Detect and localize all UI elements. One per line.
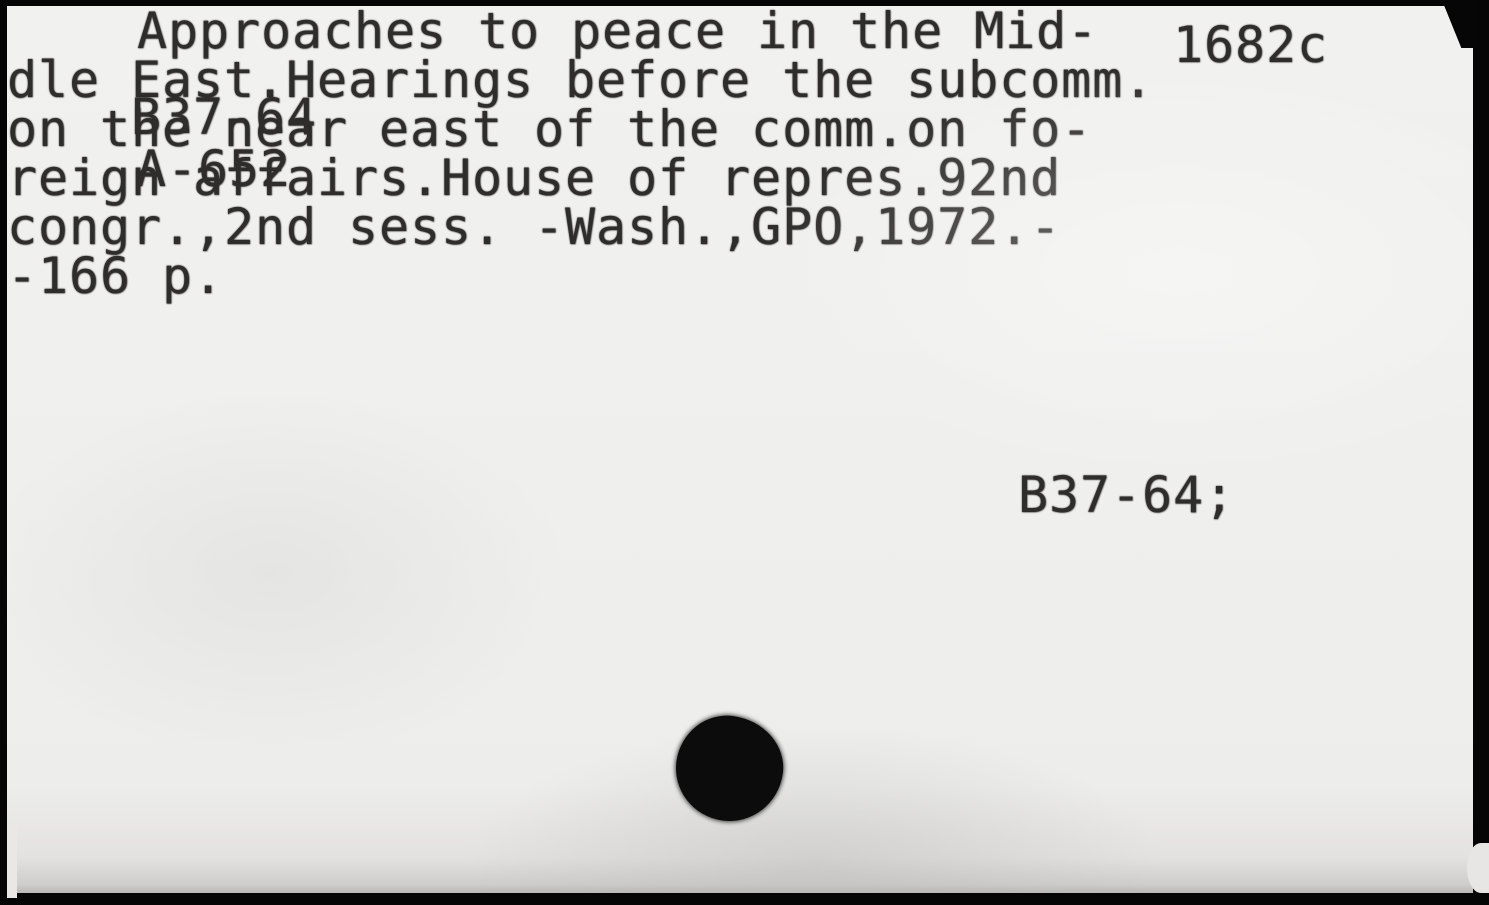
entry-line: congr.,2nd sess. -Wash.,GPO,1972.- xyxy=(7,202,1473,251)
entry-line: -166 p. xyxy=(7,251,1473,300)
call-number-line-1: B37-64 xyxy=(131,92,317,142)
card-bottom-left-edge xyxy=(7,824,17,898)
card-right-edge-bump xyxy=(1467,843,1489,893)
scanned-catalog-card-image: 1682c B37-64 A-652 Approaches to peace i… xyxy=(0,0,1489,905)
card-sequence-number: 1682c xyxy=(1173,20,1328,70)
call-number-line-2: A-652 xyxy=(136,144,291,194)
footer-call-number: B37-64; xyxy=(1018,470,1235,520)
